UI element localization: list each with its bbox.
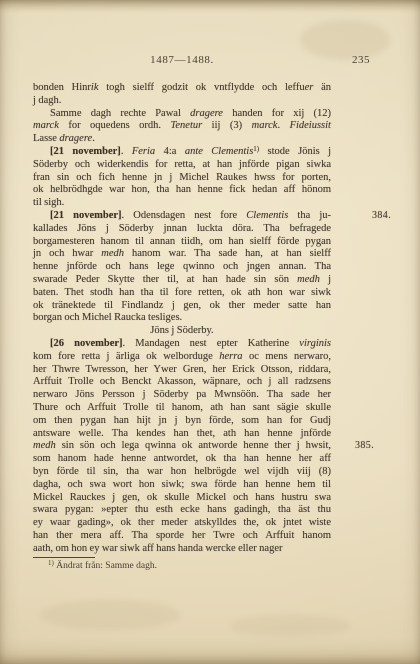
header-date-range: 1487—1488.	[150, 54, 214, 66]
paragraph: [21 november]. Feria 4:a ante Clementis1…	[33, 146, 331, 210]
footnote-rule	[33, 557, 95, 558]
text-line: antsware welle. Tha kendes han thet, ath…	[33, 428, 331, 441]
text-line: her Thwre Twresson, her Ywer Gren, her E…	[33, 364, 331, 377]
text-line: til sigh.	[33, 197, 331, 210]
text-line: som hanom hade henne antwordet, ok tha h…	[33, 453, 331, 466]
scanned-book-page: 1487—1488. 235 bonden Hinrik togh sielff…	[0, 0, 420, 664]
footnote: 1) Ändrat från: Samme dagh.	[33, 560, 331, 572]
text-line: han ther mera aff. Tha sporde her Twre o…	[33, 530, 331, 543]
paragraph: [26 november]. Mandagen nest epter Kathe…	[33, 338, 331, 556]
text-line: byn förde til sin, tha war hon helbrögde…	[33, 466, 331, 479]
text-line: kallades Jöns j Söderby jnnan luckta dör…	[33, 223, 331, 236]
text-line: dagha, och swa wort hon siwk; swa förde …	[33, 479, 331, 492]
text-line: ok helbrödhgde war hon, tha han henne fi…	[33, 184, 331, 197]
margin-note: 384.	[355, 210, 391, 223]
page-header: 1487—1488. 235	[33, 54, 331, 66]
text-line: swara pygan: »epter thu esth ecke hans g…	[33, 504, 331, 517]
paragraph: Samme dagh rechte Pawal dragere handen f…	[33, 108, 331, 146]
text-line: [26 november]. Mandagen nest epter Kathe…	[33, 338, 331, 351]
text-line: j dagh.	[33, 95, 331, 108]
text-line: jn och hwar medh hanom war. Tha sade han…	[33, 248, 331, 261]
text-line: Söderby och widerkendis for retta, at ha…	[33, 159, 331, 172]
text-line: Thure och Arffuit Trolle til hanom, ath …	[33, 402, 331, 415]
text-line: [21 november]. Odensdagen nest fore Clem…	[33, 210, 331, 223]
text-line: marck for oquedens ordh. Tenetur iij (3)…	[33, 120, 331, 133]
text-line: ey waar gading», ok ther meder atskyllde…	[33, 517, 331, 530]
text-line: Mickel Rauckes j gen, ok skulle Mickel o…	[33, 492, 331, 505]
footnote-text: Ändrat från: Samme dagh.	[54, 561, 157, 571]
text-line: aath, om hon ey war siwk aff hans handa …	[33, 543, 331, 556]
text-line: swarade Peder Skytte ther til, at han ha…	[33, 274, 331, 287]
paper-stain	[230, 615, 350, 637]
text-line: medh sin sön och lega qwinna ok antworde…	[33, 440, 331, 453]
paragraph: Jöns j Söderby.	[33, 325, 331, 338]
page-body: bonden Hinrik togh sielff godzit ok vntf…	[33, 82, 331, 572]
text-line: Lasse dragere.	[33, 133, 331, 146]
paragraph: [21 november]. Odensdagen nest fore Clem…	[33, 210, 331, 325]
paragraph: bonden Hinrik togh sielff godzit ok vntf…	[33, 82, 331, 108]
text-line: Arffuit Trolle och Benckt Akasson, wäpna…	[33, 376, 331, 389]
margin-note: 385.	[355, 440, 374, 453]
paper-stain	[40, 600, 180, 630]
text-line: om then pygan han hijt jn j byn förde, s…	[33, 415, 331, 428]
text-line: borgamesteren hanom til annan tiidh, om …	[33, 236, 331, 249]
text-line: Samme dagh rechte Pawal dragere handen f…	[33, 108, 331, 121]
text-line: henne jnförde och hans lege qwinno och j…	[33, 261, 331, 274]
text-line: [21 november]. Feria 4:a ante Clementis1…	[33, 146, 331, 159]
text-line: Jöns j Söderby.	[33, 325, 331, 338]
text-line: ok tränektede til Findlandz j gen, ok th…	[33, 300, 331, 313]
text-line: nerwaro Jöns Persson j Söderby pa Mwnsöö…	[33, 389, 331, 402]
text-line: fran sin och fich henne jn j Michel Rauk…	[33, 172, 331, 185]
text-line: borgan och Michel Raucka tesliges.	[33, 312, 331, 325]
text-line: kom fore retta j ärliga ok welborduge he…	[33, 351, 331, 364]
page-number: 235	[352, 54, 370, 66]
text-line: bonden Hinrik togh sielff godzit ok vntf…	[33, 82, 331, 95]
footnote-marker: 1)	[48, 559, 54, 567]
text-line: baten. Thet stodh han tha til fore rette…	[33, 287, 331, 300]
